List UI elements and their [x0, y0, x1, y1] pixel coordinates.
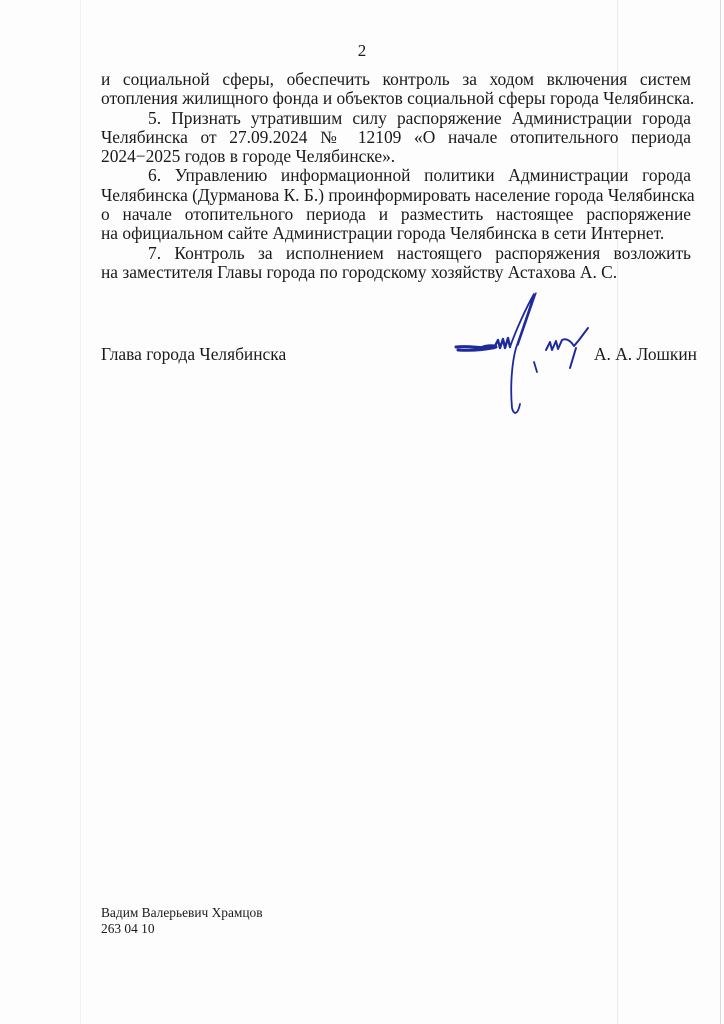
paragraph-item-7: 7. Контроль за исполнением настоящего ра…: [101, 244, 691, 283]
text-line: на официальном сайте Администрации город…: [101, 224, 691, 243]
text-line: и социальной сферы, обеспечить контроль …: [101, 70, 691, 89]
paragraph-item-6: 6. Управлению информационной политики Ад…: [101, 166, 691, 243]
text-line: 2024−2025 годов в городе Челябинске».: [101, 147, 691, 166]
executor-info: Вадим Валерьевич Храмцов 263 04 10: [101, 905, 263, 936]
signature-block: Глава города Челябинска А. А. Лошкин: [101, 344, 697, 366]
text-line: 7. Контроль за исполнением настоящего ра…: [101, 244, 691, 263]
paragraph-item-5: 5. Признать утратившим силу распоряжение…: [101, 109, 691, 167]
text-line: отопления жилищного фонда и объектов соц…: [101, 89, 691, 108]
executor-name: Вадим Валерьевич Храмцов: [101, 905, 263, 921]
scan-artifact-line: [80, 0, 81, 1024]
text-line: о начале отопительного периода и размест…: [101, 205, 691, 224]
paragraph-continuation: и социальной сферы, обеспечить контроль …: [101, 70, 691, 109]
signatory-title: Глава города Челябинска: [101, 344, 286, 364]
page-edge: [720, 0, 721, 1024]
text-line: 5. Признать утратившим силу распоряжение…: [101, 109, 691, 128]
text-line: Челябинска от 27.09.2024 № 12109 «О нача…: [101, 128, 691, 147]
text-line: 6. Управлению информационной политики Ад…: [101, 166, 691, 185]
signatory-name: А. А. Лошкин: [594, 344, 697, 364]
executor-phone: 263 04 10: [101, 921, 263, 937]
text-line: Челябинска (Дурманова К. Б.) проинформир…: [101, 186, 691, 205]
document-body: и социальной сферы, обеспечить контроль …: [101, 70, 691, 282]
document-page: 2 и социальной сферы, обеспечить контрол…: [0, 0, 724, 1024]
page-number: 2: [0, 41, 724, 61]
text-line: на заместителя Главы города по городском…: [101, 263, 691, 282]
